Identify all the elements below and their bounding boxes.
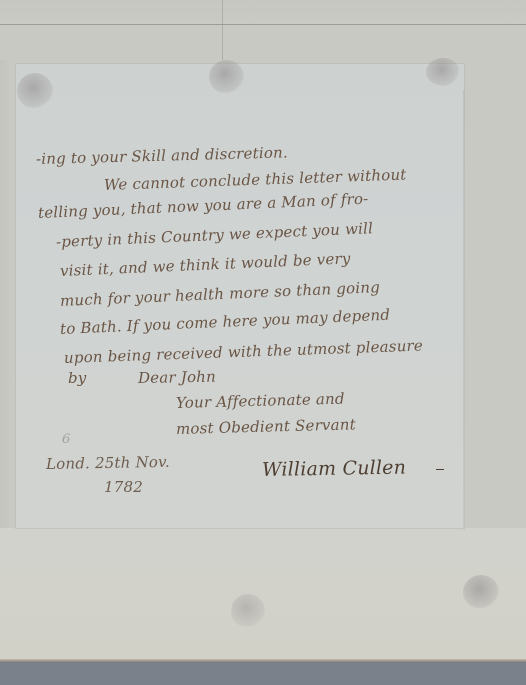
- flourish-mark: [436, 469, 444, 470]
- paper-crease: [222, 0, 223, 60]
- pin-mark-icon: [17, 73, 53, 109]
- letter-scan: -ing to your Skill and discretion. We ca…: [0, 0, 526, 685]
- lower-paper-area: [0, 528, 526, 660]
- letter-date: Lond. 25th Nov.: [46, 453, 170, 473]
- pin-mark-icon: [463, 575, 499, 609]
- pin-mark-icon: [231, 594, 265, 628]
- closing-by: by: [68, 369, 86, 387]
- letter-year: 1782: [104, 478, 143, 496]
- closing-salutation: Dear John: [138, 368, 216, 387]
- folded-top-strip: [0, 0, 526, 25]
- pin-mark-icon: [209, 60, 244, 94]
- pin-mark-icon: [426, 58, 460, 86]
- sheet-right-edge: [463, 90, 465, 530]
- scan-mount-background: [0, 663, 526, 685]
- faint-pencil-mark: 6: [62, 432, 70, 447]
- signature: William Cullen: [262, 456, 406, 481]
